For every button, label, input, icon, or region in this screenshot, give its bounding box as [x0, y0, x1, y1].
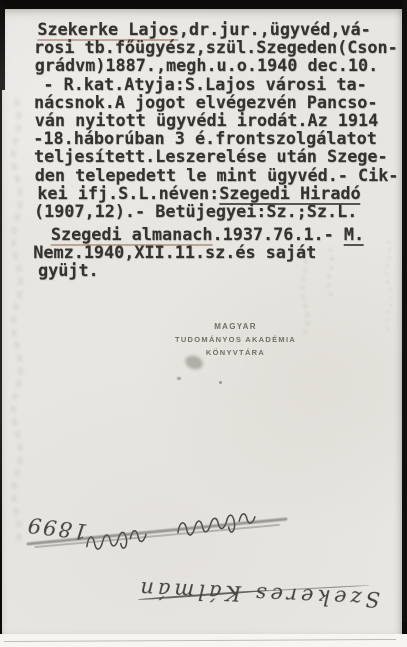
- library-stamp: MAGYAR TUDOMÁNYOS AKADÉMIA KÖNYVTÁRA: [163, 320, 308, 359]
- typed-segment: grádvm)1887.,megh.u.o.1940 dec.10.: [35, 55, 379, 75]
- stamp-line: KÖNYVTÁRA: [163, 346, 308, 359]
- typed-line: Szegedi almanach.1937.76.1.- M.: [51, 225, 400, 243]
- typed-line: (1907,12).- Betüjegyei:Sz.;Sz.L.: [34, 202, 399, 220]
- scanner-background-strip: [0, 634, 407, 647]
- ink-speck: [219, 381, 222, 384]
- typed-segment: .1937.76.1.-: [213, 224, 344, 244]
- typed-line: grádvm)1887.,megh.u.o.1940 dec.10.: [35, 56, 400, 74]
- typed-segment: ván nyitott ügyvédi irodát.Az 1914: [35, 110, 379, 130]
- typed-line: Nemz.1940,XII.11.sz.és saját: [33, 243, 398, 261]
- scan-frame-top: [0, 0, 407, 9]
- typed-segment: -18.háborúban 3 é.frontszolgálatot: [33, 128, 377, 148]
- typed-segment: - R.kat.Atyja:S.Lajos városi ta-: [43, 74, 366, 94]
- scanned-catalog-card-page: { "card": { "typed_lines": [ {"indent": …: [0, 0, 407, 647]
- typed-text-block: Szekerke Lajos,dr.jur.,ügyvéd,vá-rosi tb…: [34, 20, 399, 280]
- typed-line: gyüjt.: [38, 261, 399, 279]
- typed-segment: nácsnok.A jogot elvégezvén Pancso-: [34, 92, 378, 112]
- typed-segment: (1907,12).- Betüjegyei:Sz.;Sz.L.: [34, 201, 357, 221]
- typed-segment: teljesített.Leszerelése után Szege-: [34, 146, 388, 166]
- bleedthrough-ghost-left: [4, 95, 28, 569]
- typed-line: nácsnok.A jogot elvégezvén Pancso-: [34, 93, 399, 111]
- typed-line: teljesített.Leszerelése után Szege-: [34, 147, 399, 165]
- stamp-line: MAGYAR: [163, 320, 308, 333]
- typed-line: den telepedett le mint ügyvéd.- Cik-: [35, 166, 400, 184]
- scan-frame-right: [402, 0, 407, 622]
- typed-line: kei ifj.S.L.néven:Szegedi Hiradó: [37, 184, 398, 202]
- typed-line: -18.háborúban 3 é.frontszolgálatot: [33, 129, 398, 147]
- typed-segment: den telepedett le mint ügyvéd.- Cik-: [35, 165, 399, 185]
- typed-segment: kei ifj.S.L.néven:: [37, 183, 219, 203]
- typed-segment: ,dr.jur.,ügyvéd,vá-: [179, 19, 371, 39]
- typed-line: - R.kat.Atyja:S.Lajos városi ta-: [43, 75, 398, 93]
- card-bottom-edge: [4, 639, 396, 642]
- typed-segment: Nemz.1940,XII.11.sz.és saját: [33, 242, 316, 262]
- typed-line: rosi tb.főügyész,szül.Szegeden(Cson-: [34, 38, 399, 56]
- card-left-edge-line: [0, 80, 2, 560]
- ink-speck: [177, 377, 181, 380]
- typed-line: ván nyitott ügyvédi irodát.Az 1914: [35, 111, 400, 129]
- typed-line: Szekerke Lajos,dr.jur.,ügyvéd,vá-: [37, 20, 398, 38]
- typed-segment: rosi tb.főügyész,szül.Szegeden(Cson-: [34, 37, 398, 57]
- stamp-line: TUDOMÁNYOS AKADÉMIA: [163, 333, 308, 346]
- typed-segment: gyüjt.: [38, 260, 99, 280]
- scan-frame-left: [0, 0, 5, 90]
